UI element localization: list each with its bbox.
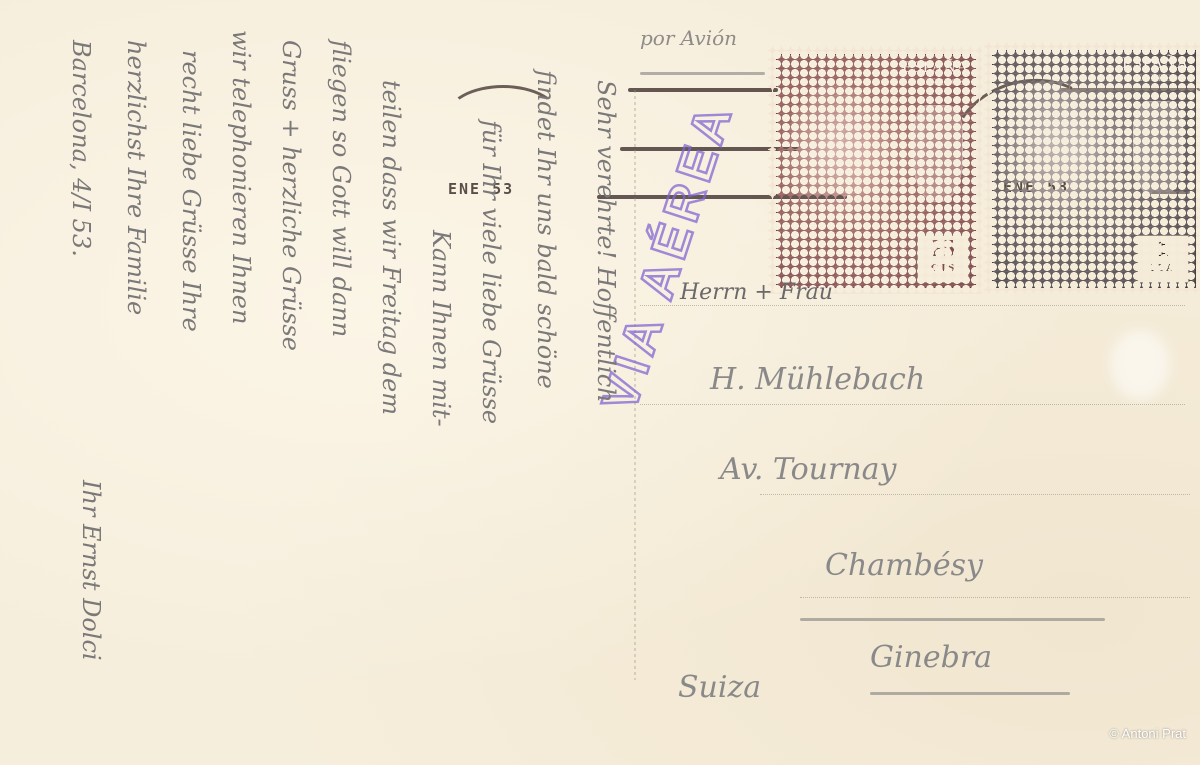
message-line: recht liebe Grüsse Ihre [177, 50, 205, 332]
stamp-country: ESPAÑA [902, 59, 969, 77]
copyright-watermark: © Antoni Prat [1109, 726, 1186, 741]
stamp-denomination: 25 CTS [917, 235, 969, 283]
message-line: wir telephonieren Ihnen [227, 30, 255, 324]
cancel-bar [628, 88, 778, 92]
stamp-value: 1 [1138, 236, 1188, 262]
address-line [800, 597, 1190, 598]
address-line [760, 494, 1190, 495]
coat-of-arms-icon [1133, 101, 1183, 198]
stamp-value: 25 [918, 236, 968, 262]
postage-stamp-25-cts: ESPAÑA CORREOS 25 CTS [768, 46, 982, 294]
address-recipient-title: Herrn + Frau [680, 280, 833, 305]
address-city: Ginebra [870, 640, 992, 675]
message-signature: Ihr Ernst Dolci [77, 480, 105, 661]
stamp-subtitle: CORREOS [1136, 73, 1185, 83]
address-town: Chambésy [825, 548, 983, 583]
coat-of-arms-icon [913, 105, 963, 202]
postage-stamp-1-pta: ESPAÑA CORREOS 1 PTA [984, 42, 1200, 294]
stamp-unit: PTA [1138, 262, 1188, 274]
address-recipient-name: H. Mühlebach [710, 362, 925, 397]
message-line: Kann Ihnen mit- [427, 230, 455, 427]
address-line [640, 404, 1185, 405]
town-underline [800, 618, 1105, 621]
paper-stain [1110, 330, 1170, 400]
note-underline [640, 72, 765, 75]
message-line: für Ihr viele liebe Grüsse [477, 120, 505, 424]
postcard-back: por Avión ENE 53 ENE 53 ESPAÑA CORREOS 2… [0, 0, 1200, 765]
city-underline [870, 692, 1070, 695]
airmail-handwritten-note: por Avión [640, 26, 737, 50]
portrait-icon [1003, 79, 1108, 229]
message-line: teilen dass wir Freitag dem [377, 80, 405, 415]
portrait-icon [787, 83, 892, 233]
message-line: Sehr verehrte! Hoffentlich [592, 80, 620, 403]
address-line [640, 305, 1185, 306]
address-street: Av. Tournay [720, 452, 896, 487]
message-place-date: Barcelona, 4/I 53. [67, 40, 95, 257]
message-line: herzlichst Ihre Familie [122, 40, 150, 315]
message-line: fliegen so Gott will dann [327, 40, 355, 337]
stamp-country: ESPAÑA [1122, 55, 1189, 73]
stamp-subtitle: CORREOS [916, 77, 965, 87]
stamp-denomination: 1 PTA [1137, 235, 1189, 283]
address-country: Suiza [678, 670, 761, 705]
message-line: Gruss + herzliche Grüsse [277, 40, 305, 351]
message-line: findet Ihr uns bald schöne [532, 70, 560, 389]
stamp-unit: CTS [918, 262, 968, 274]
